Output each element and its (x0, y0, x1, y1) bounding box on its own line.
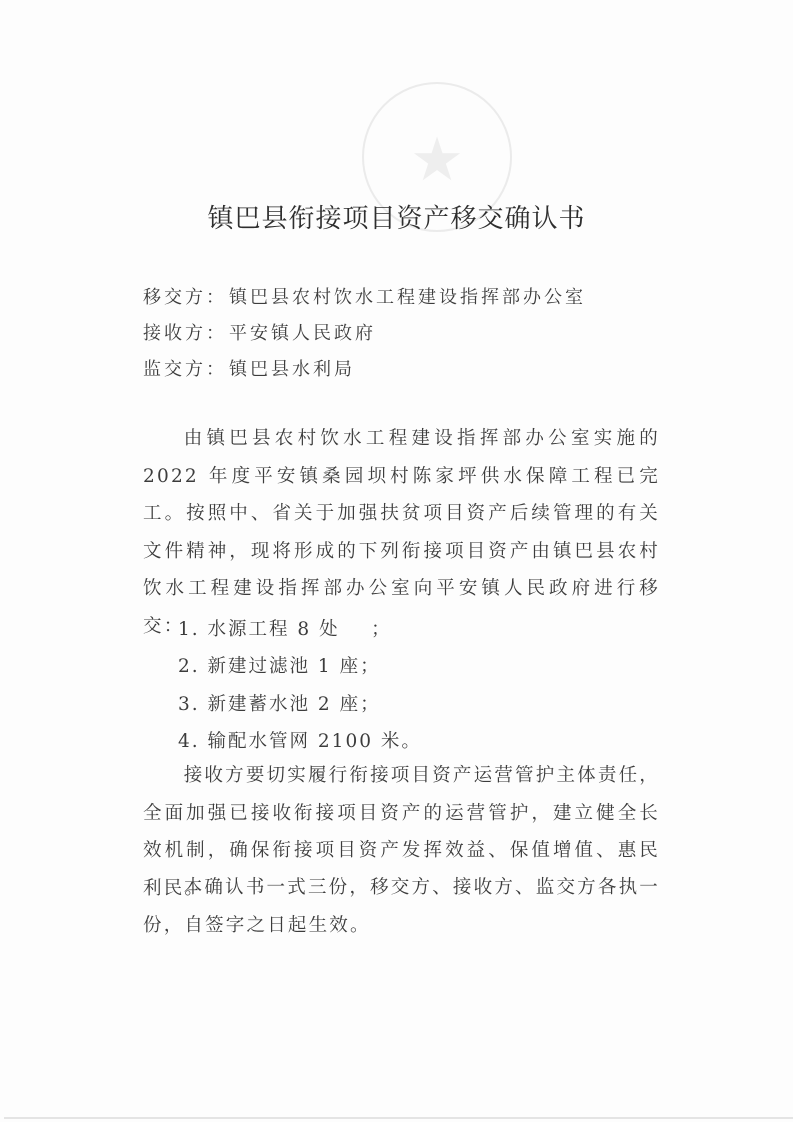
asset-item: 2. 新建过滤池 1 座； (178, 652, 381, 678)
party-value: 镇巴县农村饮水工程建设指挥部办公室 (229, 287, 586, 308)
party-label: 监交方： (143, 355, 229, 381)
party-label: 接收方： (143, 319, 229, 345)
party-value: 平安镇人民政府 (229, 323, 376, 344)
star-icon: ★ (410, 130, 464, 190)
party-label: 移交方： (143, 283, 229, 309)
asset-item: 1. 水源工程 8 处 ； (178, 615, 392, 641)
intro-paragraph: 由镇巴县农村饮水工程建设指挥部办公室实施的 2022 年度平安镇桑园坝村陈家坪供… (143, 420, 660, 645)
asset-item: 4. 输配水管网 2100 米。 (178, 727, 422, 753)
party-value: 镇巴县水利局 (229, 359, 355, 380)
asset-item: 3. 新建蓄水池 2 座； (178, 690, 381, 716)
party-supervisor: 监交方：镇巴县水利局 (143, 355, 355, 381)
party-transferor: 移交方：镇巴县农村饮水工程建设指挥部办公室 (143, 283, 586, 309)
document-page: ★ 镇巴县衔接项目资产移交确认书 移交方：镇巴县农村饮水工程建设指挥部办公室 接… (0, 0, 793, 1122)
scan-edge-line (4, 1117, 793, 1119)
copies-paragraph: 本确认书一式三份，移交方、接收方、监交方各执一份，自签字之日起生效。 (143, 869, 660, 944)
party-receiver: 接收方：平安镇人民政府 (143, 319, 376, 345)
document-title: 镇巴县衔接项目资产移交确认书 (0, 198, 793, 235)
